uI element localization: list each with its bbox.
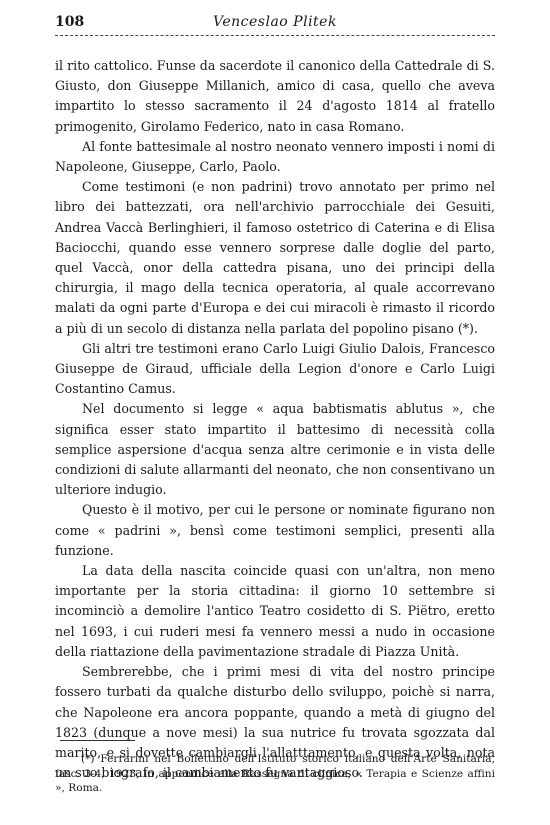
running-head: 108 Venceslao Plitek [55,14,495,34]
footnote: (*) Ferrarini nel Bollettino dell'Istitu… [55,752,495,796]
paragraph: Questo è il motivo, per cui le persone o… [55,500,495,561]
paragraph: Come testimoni (e non padrini) trovo ann… [55,177,495,339]
paragraph: Nel documento si legge « aqua babtismati… [55,399,495,500]
paragraph: il rito cattolico. Funse da sacerdote il… [55,56,495,137]
book-page: 108 Venceslao Plitek il rito cattolico. … [0,0,550,825]
running-title: Venceslao Plitek [55,14,495,30]
footnote-rule [60,740,135,741]
paragraph: Gli altri tre testimoni erano Carlo Luig… [55,339,495,400]
footnote-text: (*) Ferrarini nel Bollettino dell'Istitu… [55,752,495,796]
paragraph: La data della nascita coincide quasi con… [55,561,495,662]
header-rule [55,35,495,36]
paragraph: Al fonte battesimale al nostro neonato v… [55,137,495,177]
body-text: il rito cattolico. Funse da sacerdote il… [55,56,495,783]
